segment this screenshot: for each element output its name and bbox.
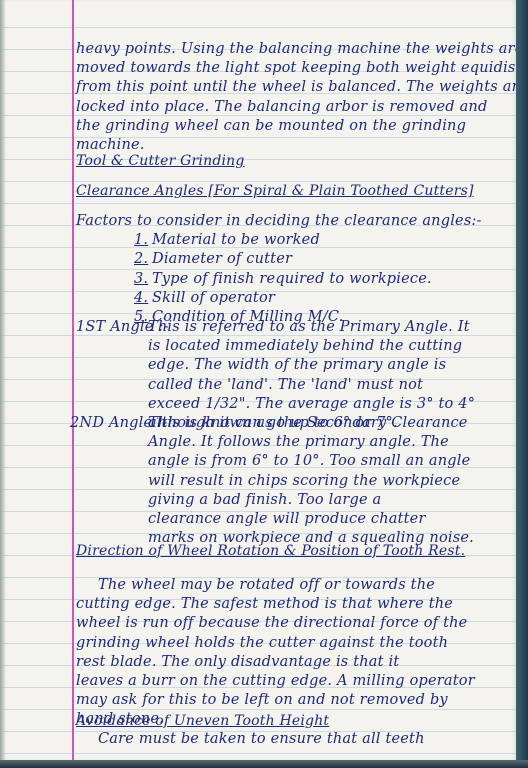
text-line: exceed 1/32". The average angle is 3° to… (148, 395, 504, 414)
text-line: leaves a burr on the cutting edge. A mil… (76, 672, 475, 691)
list-number: 1. (134, 231, 152, 250)
first-angle-label: 1ST Angle :- (76, 318, 169, 337)
page-binding-shadow (0, 0, 6, 760)
list-text: Skill of operator (152, 290, 275, 306)
text-line: grinding wheel holds the cutter against … (76, 634, 475, 653)
text-line: called the 'land'. The 'land' must not (148, 376, 504, 395)
text-line: cutting edge. The safest method is that … (76, 595, 475, 614)
text-line: heavy points. Using the balancing machin… (76, 40, 516, 59)
clearance-heading-block: Clearance Angles [For Spiral & Plain Too… (76, 182, 474, 201)
factors-block: Factors to consider in deciding the clea… (76, 212, 482, 327)
list-text: Diameter of cutter (152, 251, 292, 267)
text-line: The wheel may be rotated off or towards … (76, 576, 475, 595)
text-line: is located immediately behind the cuttin… (148, 337, 504, 356)
factors-list: 1.Material to be worked 2.Diameter of cu… (76, 231, 482, 327)
text-line: locked into place. The balancing arbor i… (76, 98, 516, 117)
text-line: rest blade. The only disadvantage is tha… (76, 653, 475, 672)
text-line: may ask for this to be left on and not r… (76, 691, 475, 710)
uneven-paragraph: Care must be taken to ensure that all te… (76, 730, 425, 749)
second-angle-label: 2ND Angle :- (70, 414, 167, 433)
uneven-heading-block: Avoidance of Uneven Tooth Height (76, 712, 329, 731)
uneven-heading: Avoidance of Uneven Tooth Height (76, 712, 329, 731)
intro-paragraph: heavy points. Using the balancing machin… (76, 40, 516, 155)
notebook-page: heavy points. Using the balancing machin… (0, 0, 516, 760)
list-text: Material to be worked (152, 232, 320, 248)
section-title: Tool & Cutter Grinding (76, 152, 245, 171)
text-line: clearance angle will produce chatter (148, 510, 504, 529)
rotation-paragraph: The wheel may be rotated off or towards … (76, 576, 475, 730)
list-item: 4.Skill of operator (134, 289, 482, 308)
notebook-edge-right (516, 0, 528, 768)
list-text: Type of finish required to workpiece. (152, 271, 432, 287)
list-item: 1.Material to be worked (134, 231, 482, 250)
factors-intro: Factors to consider in deciding the clea… (76, 212, 482, 231)
list-item: 2.Diameter of cutter (134, 250, 482, 269)
clearance-heading: Clearance Angles [For Spiral & Plain Too… (76, 182, 474, 201)
list-number: 3. (134, 270, 152, 289)
list-number: 4. (134, 289, 152, 308)
list-item: 3.Type of finish required to workpiece. (134, 270, 482, 289)
text-line: giving a bad finish. Too large a (148, 491, 504, 510)
text-line: This is referred to as the Primary Angle… (148, 318, 504, 337)
text-line: Angle. It follows the primary angle. The (148, 433, 504, 452)
margin-line (72, 0, 74, 760)
second-angle-text: This is known as the Secondary Clearance… (76, 414, 504, 548)
notebook-edge-bottom (0, 760, 528, 768)
text-line: angle is from 6° to 10°. Too small an an… (148, 452, 504, 471)
rotation-heading: Direction of Wheel Rotation & Position o… (76, 542, 465, 561)
text-line: wheel is run off because the directional… (76, 614, 475, 633)
text-line: edge. The width of the primary angle is (148, 356, 504, 375)
list-number: 2. (134, 250, 152, 269)
text-line: will result in chips scoring the workpie… (148, 472, 504, 491)
section-title-block: Tool & Cutter Grinding (76, 152, 245, 171)
second-angle-block: 2ND Angle :- This is known as the Second… (76, 414, 504, 548)
rotation-heading-block: Direction of Wheel Rotation & Position o… (76, 542, 465, 561)
text-line: moved towards the light spot keeping bot… (76, 59, 516, 78)
text-line: from this point until the wheel is balan… (76, 78, 516, 97)
text-line: Care must be taken to ensure that all te… (76, 730, 425, 749)
text-line: the grinding wheel can be mounted on the… (76, 117, 516, 136)
text-line: This is known as the Secondary Clearance (148, 414, 504, 433)
